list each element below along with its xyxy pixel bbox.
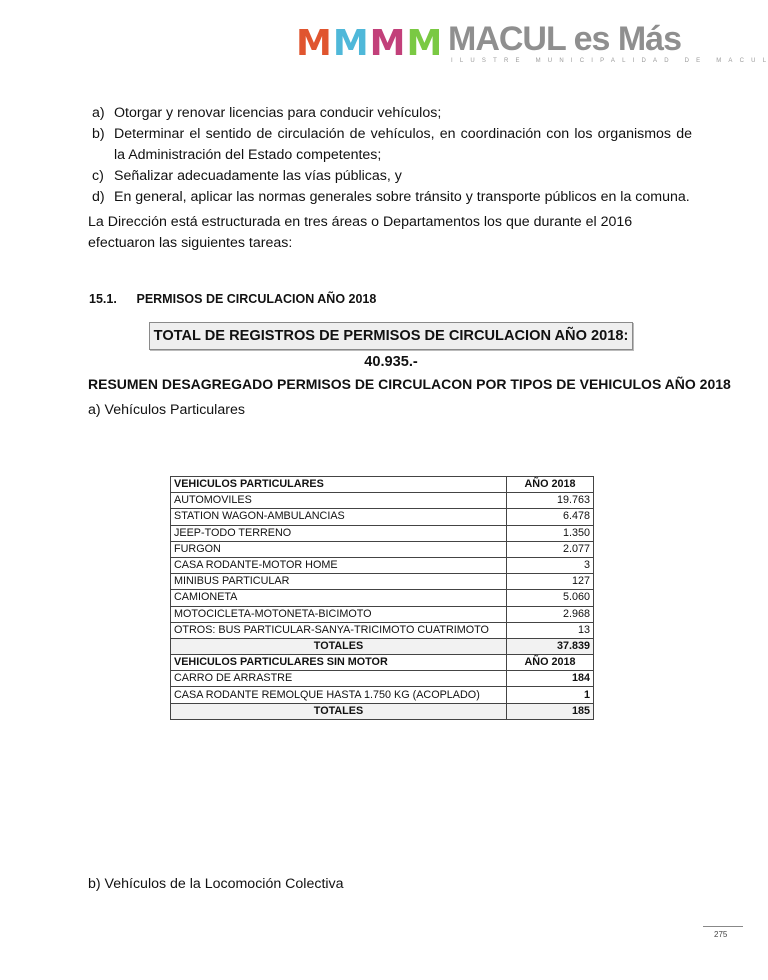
cell-value: 37.839 <box>507 638 594 654</box>
cell-value: AÑO 2018 <box>507 655 594 671</box>
cell-label: VEHICULOS PARTICULARES <box>171 477 507 493</box>
cell-label: OTROS: BUS PARTICULAR-SANYA-TRICIMOTO CU… <box>171 622 507 638</box>
table-row: AUTOMOVILES19.763 <box>171 493 594 509</box>
table-row: CARRO DE ARRASTRE184 <box>171 671 594 687</box>
table-row: CASA RODANTE-MOTOR HOME3 <box>171 557 594 573</box>
cell-value: AÑO 2018 <box>507 477 594 493</box>
list-item: c) Señalizar adecuadamente las vías públ… <box>92 166 692 187</box>
list-marker: c) <box>92 166 114 187</box>
list-text: Determinar el sentido de circulación de … <box>114 124 692 166</box>
body-paragraph: La Dirección está estructurada en tres á… <box>88 212 688 254</box>
functions-list: a) Otorgar y renovar licencias para cond… <box>92 103 692 208</box>
cell-label: CARRO DE ARRASTRE <box>171 671 507 687</box>
vehiculos-particulares-table: VEHICULOS PARTICULARESAÑO 2018AUTOMOVILE… <box>170 476 594 720</box>
table-row: CAMIONETA5.060 <box>171 590 594 606</box>
cell-value: 2.968 <box>507 606 594 622</box>
list-item: a) Otorgar y renovar licencias para cond… <box>92 103 692 124</box>
cell-value: 127 <box>507 574 594 590</box>
logo-mmmm-mark: M M M M <box>296 24 441 64</box>
cell-value: 2.077 <box>507 541 594 557</box>
resumen-heading: RESUMEN DESAGREGADO PERMISOS DE CIRCULAC… <box>88 376 731 392</box>
logo-letter: M <box>370 24 405 64</box>
cell-label: TOTALES <box>171 703 507 719</box>
cell-label: AUTOMOVILES <box>171 493 507 509</box>
cell-label: STATION WAGON-AMBULANCIAS <box>171 509 507 525</box>
logo-letter: M <box>333 24 368 64</box>
table-row: CASA RODANTE REMOLQUE HASTA 1.750 KG (AC… <box>171 687 594 703</box>
cell-label: MOTOCICLETA-MOTONETA-BICIMOTO <box>171 606 507 622</box>
table-row: MOTOCICLETA-MOTONETA-BICIMOTO2.968 <box>171 606 594 622</box>
page-number: 275 <box>714 930 727 939</box>
cell-value: 13 <box>507 622 594 638</box>
cell-value: 3 <box>507 557 594 573</box>
table-row: OTROS: BUS PARTICULAR-SANYA-TRICIMOTO CU… <box>171 622 594 638</box>
logo-subtitle: ILUSTRE MUNICIPALIDAD DE MACUL <box>451 58 768 64</box>
section-heading: 15.1. PERMISOS DE CIRCULACION AÑO 2018 <box>89 292 376 306</box>
cell-label: MINIBUS PARTICULAR <box>171 574 507 590</box>
table-row: MINIBUS PARTICULAR127 <box>171 574 594 590</box>
subsection-b-heading: b) Vehículos de la Locomoción Colectiva <box>88 876 344 892</box>
section-title: PERMISOS DE CIRCULACION AÑO 2018 <box>136 292 376 306</box>
cell-label: CAMIONETA <box>171 590 507 606</box>
cell-value: 1 <box>507 687 594 703</box>
list-item: b) Determinar el sentido de circulación … <box>92 124 692 166</box>
table-row: FURGON2.077 <box>171 541 594 557</box>
list-text: Otorgar y renovar licencias para conduci… <box>114 103 441 124</box>
cell-label: VEHICULOS PARTICULARES SIN MOTOR <box>171 655 507 671</box>
page-number-rule <box>703 926 743 927</box>
cell-value: 184 <box>507 671 594 687</box>
list-marker: a) <box>92 103 114 124</box>
cell-value: 19.763 <box>507 493 594 509</box>
table-total-row: TOTALES185 <box>171 703 594 719</box>
cell-label: CASA RODANTE-MOTOR HOME <box>171 557 507 573</box>
logo-letter: M <box>406 24 441 64</box>
list-marker: b) <box>92 124 114 166</box>
cell-label: FURGON <box>171 541 507 557</box>
total-registros-box: TOTAL DE REGISTROS DE PERMISOS DE CIRCUL… <box>149 322 633 350</box>
subsection-a-heading: a) Vehículos Particulares <box>88 402 245 418</box>
logo-letter: M <box>296 24 331 64</box>
list-text: En general, aplicar las normas generales… <box>114 187 690 208</box>
section-number: 15.1. <box>89 292 133 306</box>
cell-label: TOTALES <box>171 638 507 654</box>
table-header-row: VEHICULOS PARTICULARES SIN MOTORAÑO 2018 <box>171 655 594 671</box>
logo-wordmark: MACUL es Más <box>448 20 681 59</box>
list-marker: d) <box>92 187 114 208</box>
cell-value: 185 <box>507 703 594 719</box>
cell-value: 6.478 <box>507 509 594 525</box>
municipality-logo: M M M M MACUL es Más ILUSTRE MUNICIPALID… <box>296 22 676 72</box>
cell-label: JEEP-TODO TERRENO <box>171 525 507 541</box>
list-item: d) En general, aplicar las normas genera… <box>92 187 692 208</box>
cell-label: CASA RODANTE REMOLQUE HASTA 1.750 KG (AC… <box>171 687 507 703</box>
table-header-row: VEHICULOS PARTICULARESAÑO 2018 <box>171 477 594 493</box>
table-row: STATION WAGON-AMBULANCIAS6.478 <box>171 509 594 525</box>
list-text: Señalizar adecuadamente las vías pública… <box>114 166 402 187</box>
table-row: JEEP-TODO TERRENO1.350 <box>171 525 594 541</box>
cell-value: 5.060 <box>507 590 594 606</box>
table-total-row: TOTALES37.839 <box>171 638 594 654</box>
cell-value: 1.350 <box>507 525 594 541</box>
